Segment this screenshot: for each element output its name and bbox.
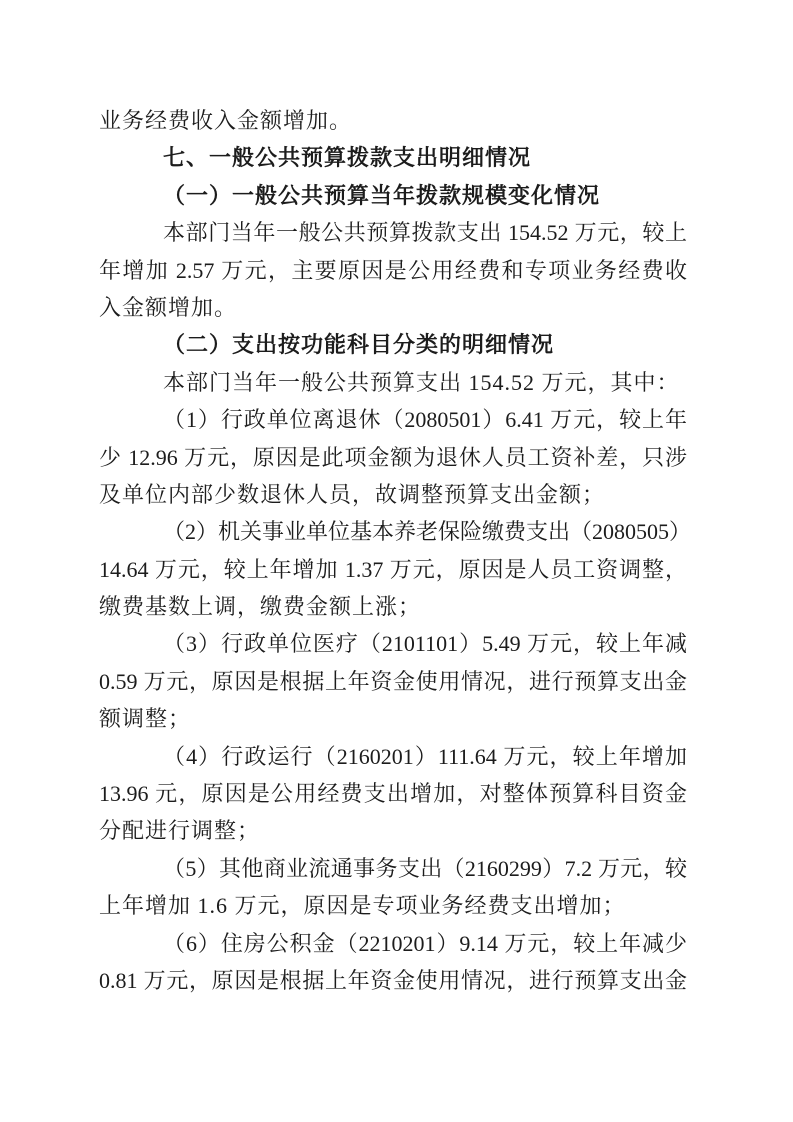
doc-line-14: 缴费基数上调，缴费金额上涨； bbox=[99, 588, 687, 625]
doc-line-05: 年增加 2.57 万元，主要原因是公用经费和专项业务经费收 bbox=[99, 252, 687, 289]
subsection-heading-1: （一）一般公共预算当年拨款规模变化情况 bbox=[99, 177, 687, 214]
doc-line-13: 14.64 万元，较上年增加 1.37 万元，原因是人员工资调整， bbox=[99, 551, 687, 588]
doc-line-16: 0.59 万元，原因是根据上年资金使用情况，进行预算支出金 bbox=[99, 663, 687, 700]
doc-line-15: （3）行政单位医疗（2101101）5.49 万元，较上年减少 bbox=[99, 625, 687, 662]
doc-line-20: 分配进行调整； bbox=[99, 812, 687, 849]
doc-line-12: （2）机关事业单位基本养老保险缴费支出（2080505） bbox=[99, 513, 687, 550]
doc-line-11: 及单位内部少数退休人员，故调整预算支出金额； bbox=[99, 476, 687, 513]
subsection-heading-2: （二）支出按功能科目分类的明细情况 bbox=[99, 326, 687, 363]
doc-line-19: 13.96 元，原因是公用经费支出增加，对整体预算科目资金 bbox=[99, 775, 687, 812]
doc-line-09: （1）行政单位离退休（2080501）6.41 万元，较上年减 bbox=[99, 401, 687, 438]
doc-line-01: 业务经费收入金额增加。 bbox=[99, 102, 687, 139]
doc-line-21: （5）其他商业流通事务支出（2160299）7.2 万元，较 bbox=[99, 850, 687, 887]
doc-line-24: 0.81 万元，原因是根据上年资金使用情况，进行预算支出金 bbox=[99, 962, 687, 999]
doc-line-08: 本部门当年一般公共预算支出 154.52 万元，其中： bbox=[99, 364, 687, 401]
doc-line-22: 上年增加 1.6 万元，原因是专项业务经费支出增加； bbox=[99, 887, 687, 924]
document-body: 业务经费收入金额增加。 七、一般公共预算拨款支出明细情况 （一）一般公共预算当年… bbox=[99, 102, 687, 999]
doc-line-18: （4）行政运行（2160201）111.64 万元，较上年增加 bbox=[99, 738, 687, 775]
section-heading-7: 七、一般公共预算拨款支出明细情况 bbox=[99, 139, 687, 176]
doc-line-04: 本部门当年一般公共预算拨款支出 154.52 万元，较上 bbox=[99, 214, 687, 251]
document-page: 业务经费收入金额增加。 七、一般公共预算拨款支出明细情况 （一）一般公共预算当年… bbox=[0, 0, 793, 1122]
doc-line-10: 少 12.96 万元，原因是此项金额为退休人员工资补差，只涉 bbox=[99, 439, 687, 476]
doc-line-06: 入金额增加。 bbox=[99, 289, 687, 326]
doc-line-23: （6）住房公积金（2210201）9.14 万元，较上年减少 bbox=[99, 925, 687, 962]
doc-line-17: 额调整； bbox=[99, 700, 687, 737]
